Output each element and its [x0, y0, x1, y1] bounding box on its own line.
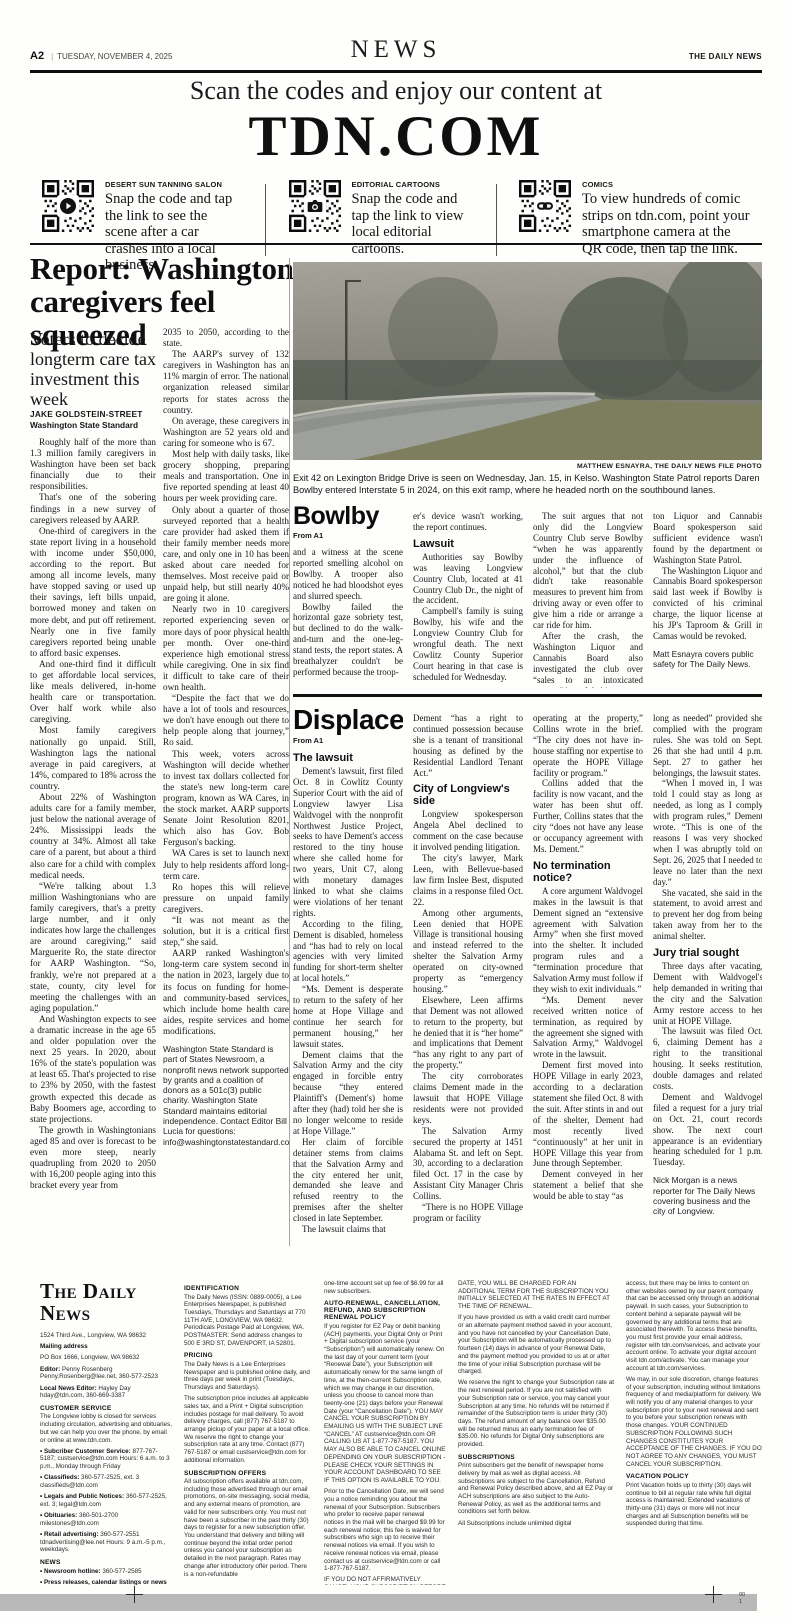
displaced-article: Displaced From A1 The lawsuitDement's la… [293, 705, 762, 1246]
author-tagline: Nick Morgan is a news reporter for The D… [653, 1175, 762, 1216]
masthead-contact-line: • Subcriber Customer Service: 877-767-51… [40, 1448, 172, 1471]
masthead-contact-line: Editor: Penny Rosenberg Penny.Rosenberg@… [40, 1366, 172, 1381]
article-paragraph: And one-third find it difficult to get a… [30, 659, 156, 726]
article-paragraph: According to the filing, Dement is disab… [293, 919, 403, 984]
article-paragraph: Most help with daily tasks, like grocery… [163, 449, 289, 504]
promo-divider [496, 184, 497, 256]
article-paragraph: Only about a quarter of those surveyed r… [163, 505, 289, 605]
article-paragraph: The AARP's survey of 132 caregivers in W… [163, 349, 289, 416]
article-column: 2035 to 2050, according to the state.The… [163, 327, 289, 1247]
article-paragraph: Dement's lawsuit, first filed Oct. 8 in … [293, 766, 403, 919]
article-paragraph: Longview spokesperson Angela Abel declin… [413, 809, 523, 853]
article-paragraph: She vacated, she said in the statement, … [653, 888, 762, 943]
article-paragraph: A core argument Waldvogel makes in the l… [533, 886, 643, 995]
publication-name: THE DAILY NEWS [689, 52, 762, 61]
article-paragraph: er's device wasn't working, the report c… [413, 511, 523, 533]
article-paragraph: And Washington expects to see a dramatic… [30, 1014, 156, 1125]
article-paragraph: One-third of caregivers in the state rep… [30, 526, 156, 659]
column-subhead: Jury trial sought [653, 947, 762, 959]
article-paragraph: Most family caregivers nationally go unp… [30, 725, 156, 792]
column-subhead: City of Longview's side [413, 783, 523, 807]
masthead-paragraph: access, but there may be links to conten… [626, 1280, 762, 1372]
byline: JAKE GOLDSTEIN-STREET Washington State S… [30, 409, 160, 430]
article-paragraph: Dement claims that the Salvation Army an… [293, 1050, 403, 1137]
masthead-column-identification: IDENTIFICATIONThe Daily News (ISSN: 0889… [184, 1280, 312, 1585]
qr-item-comics: COMICS To view hundreds of comic strips … [519, 180, 750, 257]
masthead-heading: SUBSCRIPTION OFFERS [184, 1470, 312, 1477]
masthead-contact-line: Local News Editor: Hayley Day hday@tdn.c… [40, 1385, 172, 1400]
article-paragraph: After the crash, the Washington Liquor a… [533, 631, 643, 688]
masthead-column-subscriptions: DATE, YOU WILL BE CHARGED FOR AN ADDITIO… [458, 1280, 614, 1585]
author-tagline: Matt Esnayra covers public safety for Th… [653, 649, 762, 670]
page-header: A2|TUESDAY, NOVEMBER 4, 2025 NEWS THE DA… [30, 34, 762, 68]
article-paragraph: AARP ranked Washington's long-term care … [163, 948, 289, 1037]
qr-item-editorial-cartoons: EDITORIAL CARTOONS Snap the code and tap… [289, 180, 474, 257]
masthead-contact-line: • Obituaries: 360-501-2700 milestones@td… [40, 1512, 172, 1527]
masthead-paragraph: The Daily News is a Lee Enterprises News… [184, 1361, 312, 1392]
promo-divider [265, 184, 266, 256]
print-registration-bar [0, 1594, 757, 1611]
masthead-paragraph: We may, in our sole discretion, change f… [626, 1376, 762, 1468]
qr-code-icon [519, 180, 571, 232]
masthead-contact-line: • Newsroom hotline: 360-577-2585 [40, 1568, 172, 1576]
byline-author: JAKE GOLDSTEIN-STREET [30, 409, 160, 419]
qr-code-icon [42, 180, 94, 232]
article-paragraph: 2035 to 2050, according to the state. [163, 327, 289, 349]
article-paragraph: Collins added that the facility is now v… [533, 778, 643, 854]
masthead-heading: NEWS [40, 1559, 172, 1566]
article-paragraph: operating at the property,” Collins wrot… [533, 713, 643, 778]
article-column: er's device wasn't working, the report c… [413, 503, 523, 688]
qr-item-label: COMICS [582, 180, 750, 189]
article-paragraph: “Ms. Dement never received written notic… [533, 995, 643, 1060]
section-title: NEWS [30, 36, 762, 64]
camera-icon [304, 195, 326, 217]
masthead-column-renewal-policy: one-time account set up fee of $6.99 for… [324, 1280, 446, 1585]
continued-from-label: From A1 [293, 736, 403, 745]
masthead-paragraph: We reserve the right to change your Subs… [458, 1379, 614, 1448]
masthead-paragraph: Print Vacation holds up to thirty (30) d… [626, 1482, 762, 1528]
masthead-paragraph: IF YOU DO NOT AFFIRMATIVELY CANCEL YOUR … [324, 1576, 446, 1585]
article-paragraph: Among other arguments, Leen denied that … [413, 908, 523, 995]
play-icon [57, 195, 79, 217]
article-paragraph: Authorities say Bowlby was leaving Longv… [413, 552, 523, 607]
article-paragraph: Dement and Waldvogel filed a request for… [653, 1092, 762, 1168]
article-column: Dement “has a right to continued possess… [413, 705, 523, 1246]
masthead: The Daily News 1524 Third Ave., Longview… [40, 1280, 762, 1585]
masthead-contact-list: 1524 Third Ave., Longview, WA 98632Maili… [40, 1332, 172, 1585]
article-paragraph: Elsewhere, Leen affirms that Dement was … [413, 995, 523, 1071]
qr-item-label: EDITORIAL CARTOONS [352, 180, 474, 189]
qr-item-text: To view hundreds of comic strips on tdn.… [582, 191, 750, 257]
article-paragraph: Ro hopes this will relieve pressure on u… [163, 882, 289, 915]
article-paragraph: The Salvation Army secured the property … [413, 1126, 523, 1202]
article-paragraph: That's one of the sobering findings in a… [30, 492, 156, 525]
article-paragraph: Dement “has a right to continued possess… [413, 713, 523, 778]
masthead-paragraph: All Subscriptions include unlimited digi… [458, 1520, 614, 1528]
crop-mark-icon [126, 1586, 143, 1603]
column-subhead: Lawsuit [413, 538, 523, 550]
bowlby-article: Bowlby From A1 and a witness at the scen… [293, 503, 762, 688]
article-paragraph: The city corroborates claims Dement made… [413, 1071, 523, 1126]
masthead-heading: VACATION POLICY [626, 1473, 762, 1480]
article-paragraph: “Ms. Dement is desperate to return to th… [293, 984, 403, 1049]
article-paragraph: This week, voters across Washington will… [163, 749, 289, 849]
masthead-contact-line: • Legals and Public Notices: 360-577-252… [40, 1493, 172, 1508]
masthead-heading: IDENTIFICATION [184, 1285, 312, 1292]
article-paragraph: The city's lawyer, Mark Leen, with Belle… [413, 853, 523, 908]
masthead-paragraph: All subscription offers available at tdn… [184, 1478, 312, 1578]
article-column: The suit argues that not only did the Lo… [533, 503, 643, 688]
masthead-contact-line: • Press releases, calendar listings or n… [40, 1579, 172, 1585]
masthead-paragraph: If you have provided us with a valid cre… [458, 1314, 614, 1376]
article-column: Roughly half of the more than 1.3 millio… [30, 437, 156, 1247]
article-column: Displaced From A1 The lawsuitDement's la… [293, 705, 403, 1246]
masthead-logo: The Daily News [40, 1280, 172, 1324]
continued-from-label: From A1 [293, 531, 403, 540]
column-rule [289, 258, 290, 1246]
masthead-paragraph: one-time account set up fee of $6.99 for… [324, 1280, 446, 1295]
article-paragraph: long as needed” provided she complied wi… [653, 713, 762, 778]
masthead-contact-line: • Classifieds: 360-577-2525, ext. 3 clas… [40, 1474, 172, 1489]
article-paragraph: WA Cares is set to launch next July to h… [163, 848, 289, 881]
article-paragraph: and a witness at the scene reported smel… [293, 547, 403, 602]
promo-headline: Scan the codes and enjoy our content at [30, 76, 762, 106]
masthead-heading: PRICING [184, 1352, 312, 1359]
masthead-paragraph: The Daily News (ISSN: 0889-0005), a Lee … [184, 1294, 312, 1348]
article-paragraph: ton Liquor and Cannabis Board spokespers… [653, 511, 762, 566]
byline-organization: Washington State Standard [30, 420, 160, 430]
article-paragraph: Campbell's family is suing Bowlby, his w… [413, 606, 523, 682]
article-paragraph: The lawsuit was filed Oct. 6, claiming D… [653, 1026, 762, 1091]
article-paragraph: Dement conveyed in her statement a belie… [533, 1169, 643, 1202]
article-column: long as needed” provided she complied wi… [653, 705, 762, 1246]
article-paragraph: The growth in Washingtonians aged 85 and… [30, 1125, 156, 1192]
masthead-paragraph: PO Box 1666, Longview, WA 98632 [40, 1354, 172, 1362]
masthead-heading: SUBSCRIPTIONS [458, 1454, 614, 1461]
newspaper-page: A2|TUESDAY, NOVEMBER 4, 2025 NEWS THE DA… [0, 0, 792, 1620]
author-tagline: Washington State Standard is part of Sta… [163, 1044, 289, 1147]
article-paragraph: “When I moved in, I was told I could sta… [653, 778, 762, 887]
masthead-column-contacts: The Daily News 1524 Third Ave., Longview… [40, 1280, 172, 1585]
qr-item-text: Snap the code and tap the link to view l… [352, 191, 474, 257]
column-subhead: The lawsuit [293, 752, 403, 764]
masthead-contact-line: Mailing address [40, 1343, 172, 1351]
news-photo [293, 262, 762, 460]
masthead-paragraph: 1524 Third Ave., Longview, WA 98632 [40, 1332, 172, 1340]
article-paragraph: “There is no HOPE Village program or fac… [413, 1202, 523, 1224]
column-text: and a witness at the scene reported smel… [293, 547, 403, 678]
article-paragraph: Nearly two in 10 caregivers reported exp… [163, 604, 289, 693]
masthead-column-vacation-policy: access, but there may be links to conten… [626, 1280, 762, 1585]
article-column: operating at the property,” Collins wrot… [533, 705, 643, 1246]
article-paragraph: “Despite the fact that we do have a lot … [163, 693, 289, 748]
press-mark-top: 00 [739, 1592, 745, 1599]
article-paragraph: Bowlby failed the horizontal gaze sobrie… [293, 602, 403, 678]
section-rule [293, 694, 762, 697]
masthead-paragraph: The subscription price includes all appl… [184, 1395, 312, 1464]
masthead-heading: AUTO-RENEWAL, CANCELLATION, REFUND, AND … [324, 1300, 446, 1321]
masthead-contact-line: • Retail advertising: 360-577-2551 tdnad… [40, 1531, 172, 1554]
photo-credit: MATTHEW ESNAYRA, THE DAILY NEWS FILE PHO… [293, 463, 762, 470]
masthead-paragraph: Print subscribers get the benefit of new… [458, 1462, 614, 1516]
qr-item-label: DESERT SUN TANNING SALON [105, 180, 243, 189]
promo-rule [30, 243, 762, 245]
masthead-paragraph: The Longview lobby is closed for service… [40, 1413, 172, 1444]
article-paragraph: Dement first moved into HOPE Village in … [533, 1060, 643, 1169]
jump-headline: Bowlby [293, 503, 403, 529]
article-paragraph: The lawsuit claims that [293, 1224, 403, 1235]
column-text: The lawsuitDement's lawsuit, first filed… [293, 752, 403, 1235]
masthead-paragraph: DATE, YOU WILL BE CHARGED FOR AN ADDITIO… [458, 1280, 614, 1311]
column-subhead: No termination notice? [533, 860, 643, 884]
promo-site-url: TDN.COM [30, 107, 762, 167]
crop-mark-icon [705, 1586, 722, 1603]
photo-caption: Exit 42 on Lexington Bridge Drive is see… [293, 473, 762, 496]
article-paragraph: Three days after vacating, Dement with W… [653, 961, 762, 1026]
article-paragraph: “We're talking about 1.3 million Washing… [30, 881, 156, 1014]
article-column: ton Liquor and Cannabis Board spokespers… [653, 503, 762, 688]
masthead-paragraph: Prior to the Cancellation Date, we will … [324, 1488, 446, 1573]
link-icon [534, 195, 556, 217]
header-rule [30, 70, 762, 73]
article-paragraph: On average, these caregivers in Washingt… [163, 416, 289, 449]
article-paragraph: Roughly half of the more than 1.3 millio… [30, 437, 156, 492]
article-paragraph: About 22% of Washington adults care for … [30, 792, 156, 881]
jump-headline: Displaced [293, 705, 403, 734]
article-paragraph: Her claim of forcible detainer stems fro… [293, 1137, 403, 1224]
article-paragraph: The suit argues that not only did the Lo… [533, 511, 643, 631]
article-paragraph: “It was not meant as the solution, but i… [163, 915, 289, 948]
qr-code-icon [289, 180, 341, 232]
article-paragraph: The Washington Liquor and Cannabis Board… [653, 566, 762, 642]
press-page-marks: 00 1 [739, 1592, 745, 1606]
masthead-paragraph: If you register for EZ Pay or debit bank… [324, 1323, 446, 1485]
article-deck: Voters to decide longterm care tax inves… [30, 329, 164, 409]
article-column: Bowlby From A1 and a witness at the scen… [293, 503, 403, 688]
press-mark-bottom: 1 [739, 1599, 745, 1606]
masthead-heading: CUSTOMER SERVICE [40, 1405, 172, 1412]
